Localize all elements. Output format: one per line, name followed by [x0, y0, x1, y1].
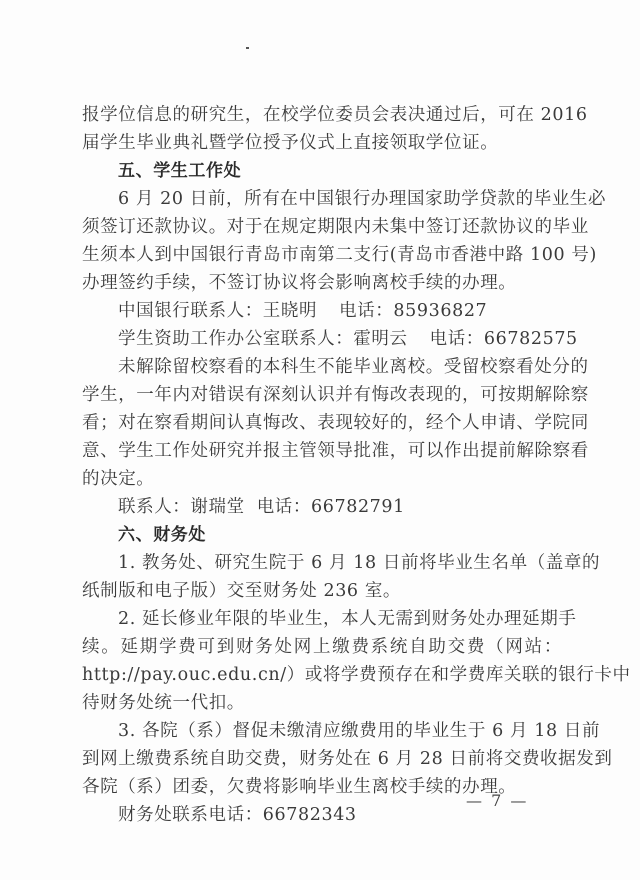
- body-line: 待财务处统一代扣。: [82, 689, 562, 717]
- body-line: 报学位信息的研究生，在校学位委员会表决通过后，可在 2016: [82, 101, 562, 129]
- body-line: 3. 各院（系）督促未缴清应缴费用的毕业生于 6 月 18 日前: [82, 717, 562, 745]
- body-line-url: http://pay.ouc.edu.cn/）或将学费预存在和学费库关联的银行卡…: [82, 661, 562, 689]
- page-number: — 7 —: [466, 791, 528, 810]
- scan-speck: [246, 47, 249, 49]
- body-line: 未解除留校察看的本科生不能毕业离校。受留校察看处分的: [82, 353, 562, 381]
- contact-line-discipline: 联系人：谢瑞堂电话：66782791: [82, 493, 562, 521]
- document-page: 报学位信息的研究生，在校学位委员会表决通过后，可在 2016 届学生毕业典礼暨学…: [82, 101, 562, 829]
- body-line: 到网上缴费系统自助交费，财务处在 6 月 28 日前将交费收据发到: [82, 745, 562, 773]
- contact-phone: 电话：66782791: [257, 497, 405, 517]
- body-line: 的决定。: [82, 465, 562, 493]
- body-line: 1. 教务处、研究生院于 6 月 18 日前将毕业生名单（盖章的: [82, 549, 562, 577]
- body-line: 生须本人到中国银行青岛市南第二支行(青岛市香港中路 100 号): [82, 241, 562, 269]
- contact-label: 联系人：谢瑞堂: [118, 497, 245, 517]
- body-line: 届学生毕业典礼暨学位授予仪式上直接领取学位证。: [82, 129, 562, 157]
- body-line: 续。延期学费可到财务处网上缴费系统自助交费（网站：: [82, 633, 562, 661]
- body-line: 2. 延长修业年限的毕业生，本人无需到财务处办理延期手: [82, 605, 562, 633]
- body-line: 学生，一年内对错误有深刻认识并有悔改表现的，可按期解除察: [82, 381, 562, 409]
- body-line: 意、学生工作处研究并报主管领导批准，可以作出提前解除察看: [82, 437, 562, 465]
- contact-line-bank: 中国银行联系人：王晓明电话：85936827: [82, 297, 562, 325]
- contact-line-aid-office: 学生资助工作办公室联系人：霍明云电话：66782575: [82, 325, 562, 353]
- contact-label: 中国银行联系人：王晓明: [118, 301, 317, 321]
- body-line: 纸制版和电子版）交至财务处 236 室。: [82, 577, 562, 605]
- section-heading-student-affairs: 五、学生工作处: [82, 157, 562, 185]
- body-line: 办理签约手续，不签订协议将会影响离校手续的办理。: [82, 269, 562, 297]
- body-line: 须签订还款协议。对于在规定期限内未集中签订还款协议的毕业: [82, 213, 562, 241]
- contact-phone: 电话：85936827: [339, 301, 487, 321]
- body-line: 6 月 20 日前，所有在中国银行办理国家助学贷款的毕业生必: [82, 185, 562, 213]
- contact-phone: 电话：66782575: [430, 329, 578, 349]
- contact-label: 学生资助工作办公室联系人：霍明云: [118, 329, 408, 349]
- section-heading-finance: 六、财务处: [82, 521, 562, 549]
- body-line: 看；对在察看期间认真悔改、表现较好的，经个人申请、学院同: [82, 409, 562, 437]
